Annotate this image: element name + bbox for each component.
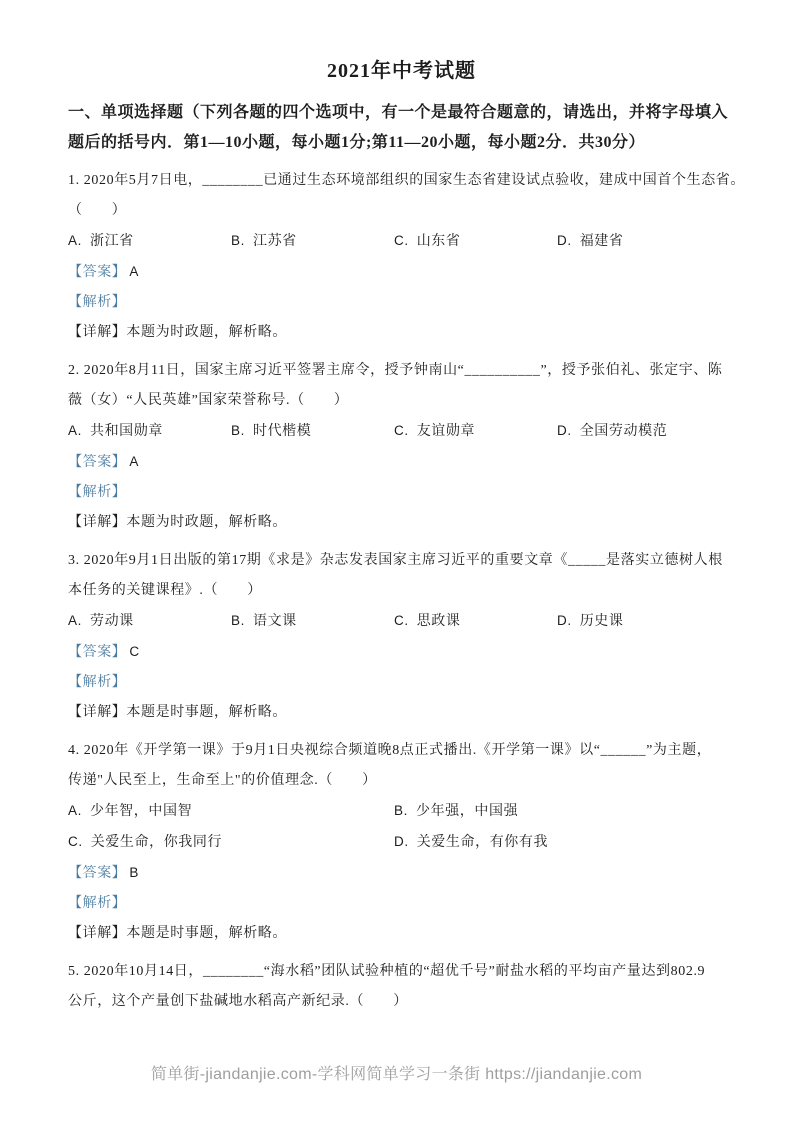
- section-heading-line: 题后的括号内．第1—10小题，每小题1分;第11—20小题，每小题2分．共30分…: [68, 128, 735, 158]
- answer-row: 【答案】A: [68, 257, 735, 288]
- option-text: 关爱生命，你我同行: [91, 835, 222, 850]
- option-label: C.: [394, 423, 409, 438]
- analysis-row: 【解析】: [68, 288, 735, 318]
- analysis-label: 【解析】: [68, 295, 126, 310]
- question-text-line: 4. 2020年《开学第一课》于9月1日央视综合频道晚8点正式播出.《开学第一课…: [68, 736, 735, 766]
- option-item: D.关爱生命，有你有我: [394, 827, 720, 858]
- option-item: B.少年强，中国强: [394, 796, 720, 827]
- document-title: 2021年中考试题: [68, 56, 735, 86]
- question-text-line: 传递"人民至上，生命至上"的价值理念.（ ）: [68, 766, 735, 796]
- option-text: 福建省: [580, 234, 624, 249]
- options-row: A.浙江省 B.江苏省 C.山东省 D.福建省: [68, 226, 735, 257]
- detail-row: 【详解】本题是时事题，解析略。: [68, 698, 735, 728]
- detail-text: 本题为时政题，解析略。: [126, 325, 287, 340]
- analysis-label: 【解析】: [68, 896, 126, 911]
- option-label: A.: [68, 233, 82, 248]
- document-content: 2021年中考试题 一、单项选择题（下列各题的四个选项中，有一个是最符合题意的，…: [0, 0, 793, 1017]
- option-text: 共和国勋章: [90, 424, 163, 439]
- question-block-3: 3. 2020年9月1日出版的第17期《求是》杂志发表国家主席习近平的重要文章《…: [68, 546, 735, 728]
- option-item: C.关爱生命，你我同行: [68, 827, 394, 858]
- detail-label: 【详解】: [68, 705, 126, 720]
- question-text-line: 5. 2020年10月14日，________“海水稻”团队试验种植的“超优千号…: [68, 957, 735, 987]
- answer-label: 【答案】: [68, 866, 126, 881]
- detail-text: 本题为时政题，解析略。: [126, 515, 287, 530]
- option-item: A.浙江省: [68, 226, 231, 257]
- option-label: B.: [394, 803, 408, 818]
- analysis-label: 【解析】: [68, 485, 126, 500]
- option-text: 时代楷模: [253, 424, 311, 439]
- option-item: B.时代楷模: [231, 416, 394, 447]
- option-item: C.山东省: [394, 226, 557, 257]
- answer-value: C: [129, 644, 139, 659]
- option-item: D.福建省: [557, 226, 624, 257]
- answer-row: 【答案】A: [68, 447, 735, 478]
- question-text-line: 本任务的关键课程》.（ ）: [68, 576, 735, 606]
- option-text: 全国劳动模范: [580, 424, 668, 439]
- option-label: D.: [394, 834, 409, 849]
- detail-label: 【详解】: [68, 515, 126, 530]
- option-text: 劳动课: [90, 614, 134, 629]
- options-row: A.劳动课 B.语文课 C.思政课 D.历史课: [68, 606, 735, 637]
- answer-value: A: [129, 264, 139, 279]
- question-text-line: 1. 2020年5月7日电，________已通过生态环境部组织的国家生态省建设…: [68, 166, 735, 196]
- answer-row: 【答案】C: [68, 637, 735, 668]
- option-text: 浙江省: [90, 234, 134, 249]
- option-label: A.: [68, 803, 82, 818]
- question-text-line: 2. 2020年8月11日，国家主席习近平签署主席令，授予钟南山“_______…: [68, 356, 735, 386]
- analysis-row: 【解析】: [68, 668, 735, 698]
- option-text: 少年强，中国强: [416, 804, 518, 819]
- answer-value: A: [129, 454, 139, 469]
- option-item: D.历史课: [557, 606, 624, 637]
- answer-label: 【答案】: [68, 455, 126, 470]
- answer-row: 【答案】B: [68, 858, 735, 889]
- question-block-4: 4. 2020年《开学第一课》于9月1日央视综合频道晚8点正式播出.《开学第一课…: [68, 736, 735, 949]
- analysis-row: 【解析】: [68, 478, 735, 508]
- option-label: B.: [231, 613, 245, 628]
- options-row: C.关爱生命，你我同行 D.关爱生命，有你有我: [68, 827, 735, 858]
- detail-label: 【详解】: [68, 926, 126, 941]
- option-label: D.: [557, 423, 572, 438]
- option-item: C.思政课: [394, 606, 557, 637]
- option-text: 江苏省: [253, 234, 297, 249]
- detail-text: 本题是时事题，解析略。: [126, 926, 287, 941]
- option-label: C.: [68, 834, 83, 849]
- answer-label: 【答案】: [68, 265, 126, 280]
- option-label: D.: [557, 233, 572, 248]
- option-label: B.: [231, 233, 245, 248]
- analysis-row: 【解析】: [68, 889, 735, 919]
- detail-label: 【详解】: [68, 325, 126, 340]
- option-item: A.共和国勋章: [68, 416, 231, 447]
- option-item: C.友谊勋章: [394, 416, 557, 447]
- option-item: A.少年智，中国智: [68, 796, 394, 827]
- question-text-line: 公斤，这个产量创下盐碱地水稻高产新纪录.（ ）: [68, 987, 735, 1017]
- detail-row: 【详解】本题是时事题，解析略。: [68, 919, 735, 949]
- option-label: D.: [557, 613, 572, 628]
- option-label: A.: [68, 423, 82, 438]
- option-label: C.: [394, 233, 409, 248]
- option-item: B.江苏省: [231, 226, 394, 257]
- detail-text: 本题是时事题，解析略。: [126, 705, 287, 720]
- option-text: 语文课: [253, 614, 297, 629]
- option-label: C.: [394, 613, 409, 628]
- question-block-1: 1. 2020年5月7日电，________已通过生态环境部组织的国家生态省建设…: [68, 166, 735, 348]
- option-text: 少年智，中国智: [90, 804, 192, 819]
- answer-value: B: [129, 865, 139, 880]
- options-row: A.共和国勋章 B.时代楷模 C.友谊勋章 D.全国劳动模范: [68, 416, 735, 447]
- option-item: A.劳动课: [68, 606, 231, 637]
- watermark-footer: 简单街-jiandanjie.com-学科网简单学习一条街 https://ji…: [0, 1060, 793, 1090]
- question-text-line: 3. 2020年9月1日出版的第17期《求是》杂志发表国家主席习近平的重要文章《…: [68, 546, 735, 576]
- option-text: 山东省: [417, 234, 461, 249]
- section-heading: 一、单项选择题（下列各题的四个选项中，有一个是最符合题意的，请选出，并将字母填入…: [68, 98, 735, 158]
- question-block-5: 5. 2020年10月14日，________“海水稻”团队试验种植的“超优千号…: [68, 957, 735, 1017]
- analysis-label: 【解析】: [68, 675, 126, 690]
- section-heading-line: 一、单项选择题（下列各题的四个选项中，有一个是最符合题意的，请选出，并将字母填入: [68, 98, 735, 128]
- question-block-2: 2. 2020年8月11日，国家主席习近平签署主席令，授予钟南山“_______…: [68, 356, 735, 538]
- detail-row: 【详解】本题为时政题，解析略。: [68, 318, 735, 348]
- option-text: 关爱生命，有你有我: [417, 835, 548, 850]
- question-text-line: （ ）: [68, 196, 735, 226]
- options-row: A.少年智，中国智 B.少年强，中国强: [68, 796, 735, 827]
- option-label: A.: [68, 613, 82, 628]
- option-text: 历史课: [580, 614, 624, 629]
- option-item: B.语文课: [231, 606, 394, 637]
- answer-label: 【答案】: [68, 645, 126, 660]
- option-item: D.全国劳动模范: [557, 416, 667, 447]
- option-text: 友谊勋章: [417, 424, 475, 439]
- option-label: B.: [231, 423, 245, 438]
- detail-row: 【详解】本题为时政题，解析略。: [68, 508, 735, 538]
- option-text: 思政课: [417, 614, 461, 629]
- question-text-line: 薇（女）“人民英雄”国家荣誉称号.（ ）: [68, 386, 735, 416]
- exam-document: 2021年中考试题 一、单项选择题（下列各题的四个选项中，有一个是最符合题意的，…: [0, 0, 793, 1122]
